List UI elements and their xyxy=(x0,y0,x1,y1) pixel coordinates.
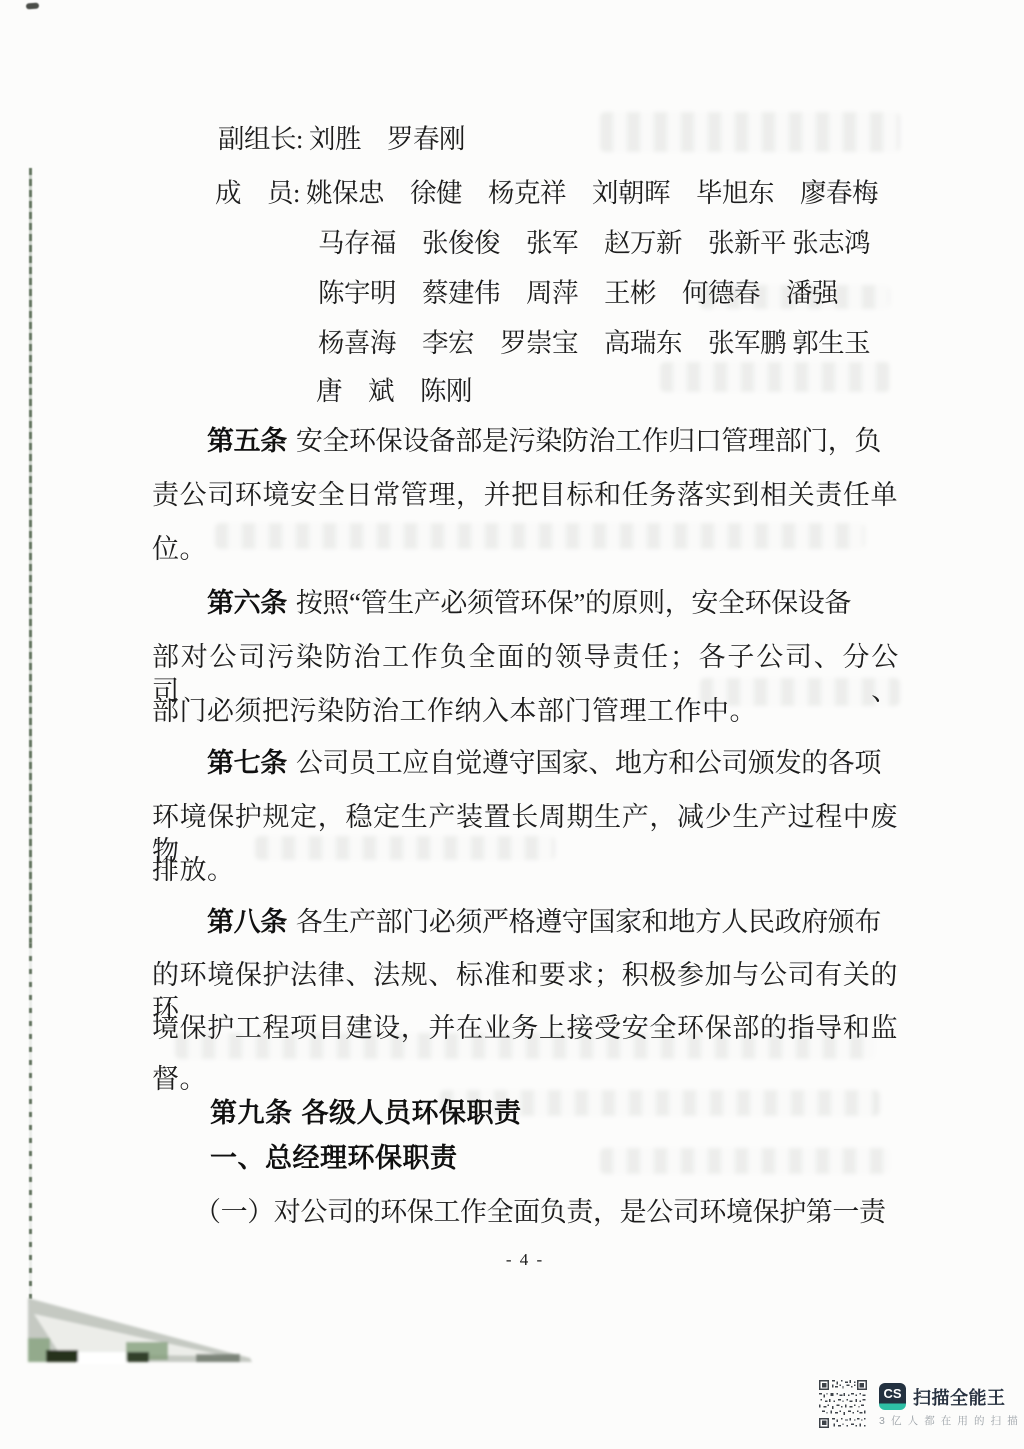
article-8-text: 各生产部门必须严格遵守国家和地方人民政府颁布 xyxy=(296,907,881,937)
page-fold-shadow xyxy=(0,1280,270,1370)
section-heading: 一、总经理环保职责 xyxy=(210,1141,458,1175)
camscanner-logo-icon: CS xyxy=(879,1383,906,1410)
article-7-number: 第七条 xyxy=(207,748,287,778)
roster-member-line: 成 员: 姚保忠 徐健 杨克祥 刘朝晖 毕旭东 廖春梅 xyxy=(215,176,878,210)
bleed-through-smudge xyxy=(600,1148,890,1174)
bleed-through-smudge xyxy=(600,112,900,152)
article-5-line: 第五条安全环保设备部是污染防治工作归口管理部门，负 xyxy=(152,424,967,458)
article-7-line: 第七条公司员工应自觉遵守国家、地方和公司颁发的各项 xyxy=(152,746,967,780)
article-8-number: 第八条 xyxy=(207,907,287,937)
article-8-line: 督。 xyxy=(152,1062,898,1096)
article-8-line: 境保护工程项目建设，并在业务上接受安全环保部的指导和监 xyxy=(152,1011,898,1045)
article-8-line: 第八条各生产部门必须严格遵守国家和地方人民政府颁布 xyxy=(152,905,967,939)
article-9-title: 各级人员环保职责 xyxy=(302,1098,522,1128)
article-9-heading: 第九条各级人员环保职责 xyxy=(210,1096,522,1130)
camscanner-tagline: 3 亿 人 都 在 用 的 扫 描 App xyxy=(879,1413,1024,1428)
article-6-line: 部对公司污染防治工作负全面的领导责任；各子公司、分公司、 xyxy=(152,640,898,674)
article-6-number: 第六条 xyxy=(207,588,287,618)
article-9-number: 第九条 xyxy=(210,1098,293,1128)
article-6-line: 部门必须把污染防治工作纳入本部门管理工作中。 xyxy=(152,694,898,728)
article-6-text: 按照“管生产必须管环保”的原则，安全环保设备 xyxy=(296,588,851,618)
article-7-text: 公司员工应自觉遵守国家、地方和公司颁发的各项 xyxy=(296,748,881,778)
scan-edge-line xyxy=(29,943,32,1303)
section-item: （一）对公司的环保工作全面负责，是公司环境保护第一责 xyxy=(194,1195,886,1229)
article-7-line: 环境保护规定，稳定生产装置长周期生产，减少生产过程中废物 xyxy=(152,800,898,834)
camscanner-watermark: CS 扫描全能王 3 亿 人 都 在 用 的 扫 描 App xyxy=(815,1375,1015,1435)
roster-deputy-line: 副组长: 刘胜 罗春刚 xyxy=(218,122,465,156)
scan-edge-line xyxy=(29,168,32,943)
roster-member-line: 杨喜海 李宏 罗崇宝 高瑞东 张军鹏 郭生玉 xyxy=(318,326,870,360)
bleed-through-smudge xyxy=(660,362,890,392)
article-6-line: 第六条按照“管生产必须管环保”的原则，安全环保设备 xyxy=(152,586,967,620)
qr-code-icon xyxy=(819,1380,867,1428)
scanned-document-page: 副组长: 刘胜 罗春刚 成 员: 姚保忠 徐健 杨克祥 刘朝晖 毕旭东 廖春梅 … xyxy=(0,0,1024,1449)
roster-member-line: 马存福 张俊俊 张军 赵万新 张新平 张志鸿 xyxy=(318,226,870,260)
roster-member-line: 陈宇明 蔡建伟 周萍 王彬 何德春 潘强 xyxy=(318,276,838,310)
article-5-line: 位。 xyxy=(152,532,898,566)
page-number: - 4 - xyxy=(152,1250,898,1276)
scan-mark xyxy=(26,3,39,10)
article-5-text: 安全环保设备部是污染防治工作归口管理部门，负 xyxy=(296,426,881,456)
roster-member-line: 唐 斌 陈刚 xyxy=(316,374,472,408)
article-8-line: 的环境保护法律、法规、标准和要求；积极参加与公司有关的环 xyxy=(152,958,898,992)
camscanner-app-name: 扫描全能王 xyxy=(913,1384,1006,1410)
article-7-line: 排放。 xyxy=(152,853,898,887)
article-5-number: 第五条 xyxy=(207,426,287,456)
article-5-line: 责公司环境安全日常管理，并把目标和任务落实到相关责任单 xyxy=(152,478,898,512)
